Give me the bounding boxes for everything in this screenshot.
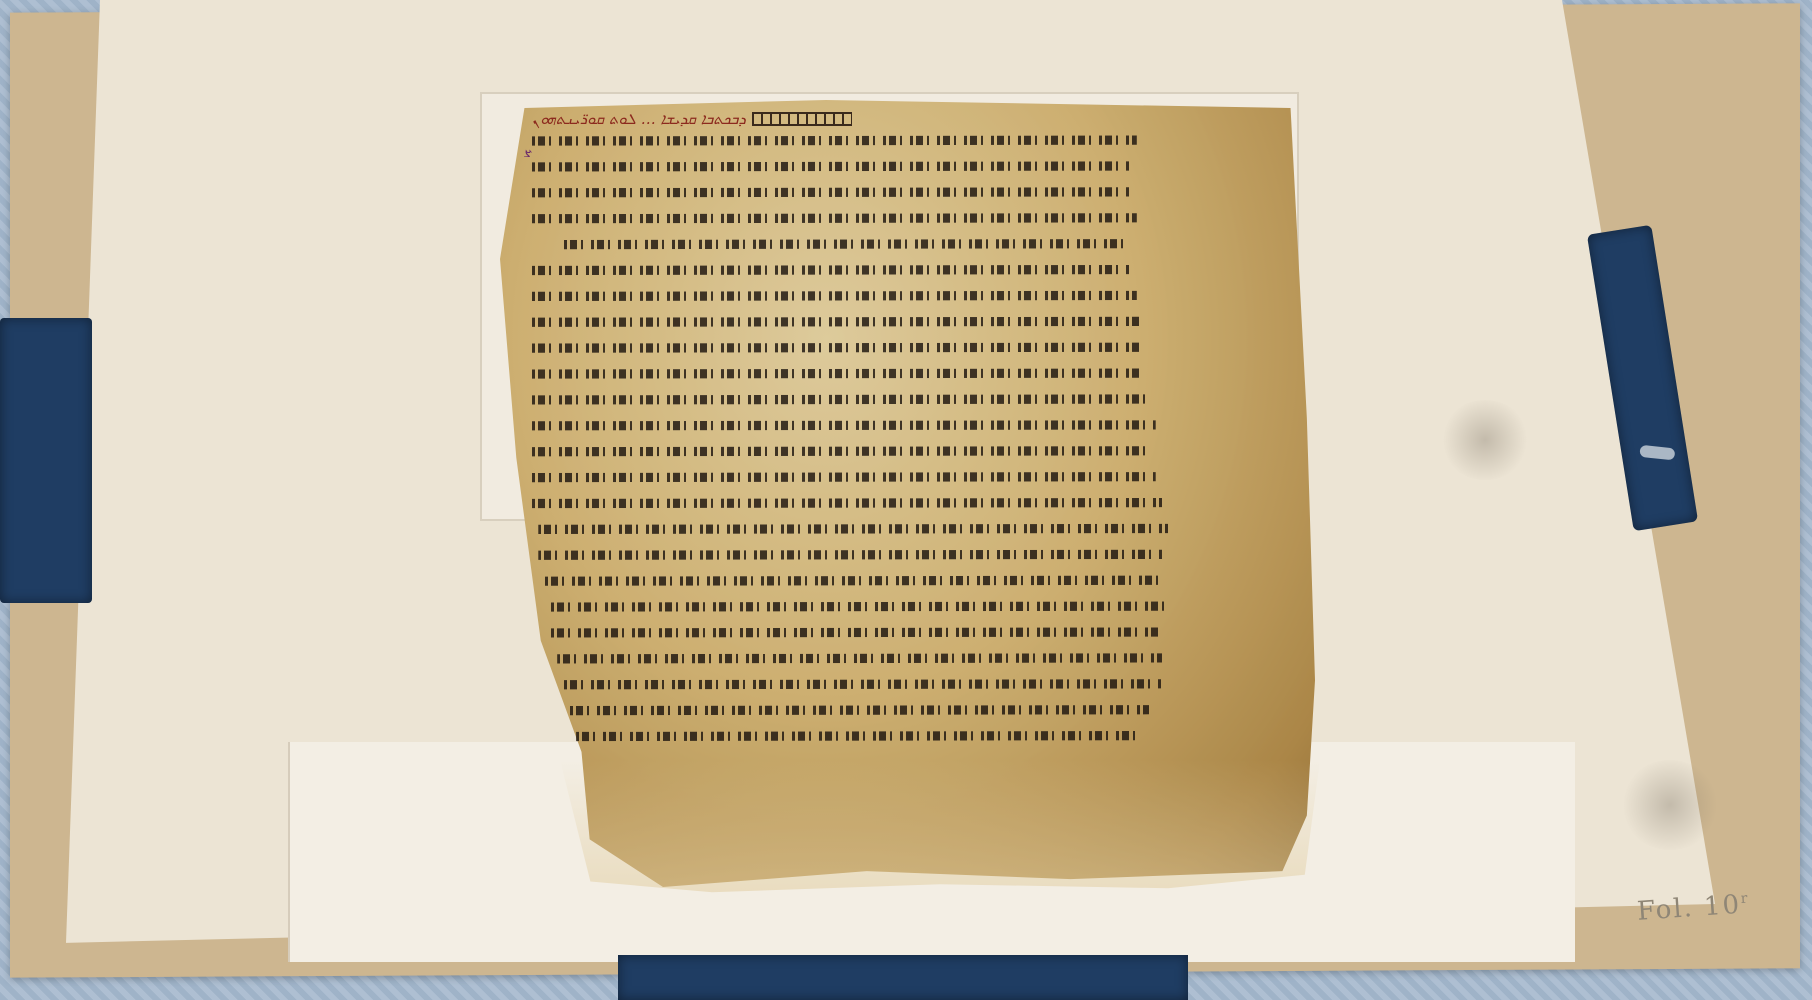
script-line xyxy=(532,156,1131,174)
folio-side: r xyxy=(1740,890,1750,907)
margin-mark: ܨ xyxy=(524,142,532,157)
smudge-stain xyxy=(1440,400,1530,480)
script-line xyxy=(564,234,1131,252)
script-line xyxy=(532,259,1131,277)
script-line xyxy=(532,285,1137,303)
script-line xyxy=(532,363,1143,381)
script-line xyxy=(532,441,1149,459)
script-line xyxy=(545,570,1162,588)
script-line xyxy=(551,596,1168,614)
script-line xyxy=(532,182,1131,200)
script-line xyxy=(551,622,1162,640)
script-line xyxy=(538,518,1168,536)
script-line xyxy=(532,415,1156,433)
ladder-ornament-icon xyxy=(752,112,852,126)
script-line xyxy=(538,544,1162,562)
manuscript-text-block: ܕܒܟܬܒܐ ܩܕܝܫܐ … ܠܘܬ ܩܘܪ̈ܝܢܬܗܘܢ ܨ xyxy=(532,108,1162,751)
script-line xyxy=(532,208,1137,226)
script-line xyxy=(532,337,1143,355)
script-line xyxy=(564,674,1163,692)
script-line xyxy=(532,389,1149,407)
leaf-lower-damaged-area xyxy=(560,760,1320,895)
rubric-text-left: ܕܒܟܬܒܐ ܩܕܝܫܐ … ܠܘܬ ܩܘܪ̈ܝܢܬܗܘܢ xyxy=(532,110,746,128)
script-line xyxy=(532,467,1156,485)
script-line xyxy=(532,311,1143,329)
blue-tape-bottom xyxy=(618,955,1188,1000)
script-line xyxy=(557,648,1162,666)
smudge-stain xyxy=(1620,760,1720,850)
script-line xyxy=(570,700,1150,718)
script-line xyxy=(576,725,1137,743)
script-line xyxy=(532,492,1162,510)
rubric-line: ܕܒܟܬܒܐ ܩܕܝܫܐ … ܠܘܬ ܩܘܪ̈ܝܢܬܗܘܢ xyxy=(532,108,1162,130)
script-line xyxy=(532,130,1137,148)
blue-tape-left xyxy=(0,318,92,603)
